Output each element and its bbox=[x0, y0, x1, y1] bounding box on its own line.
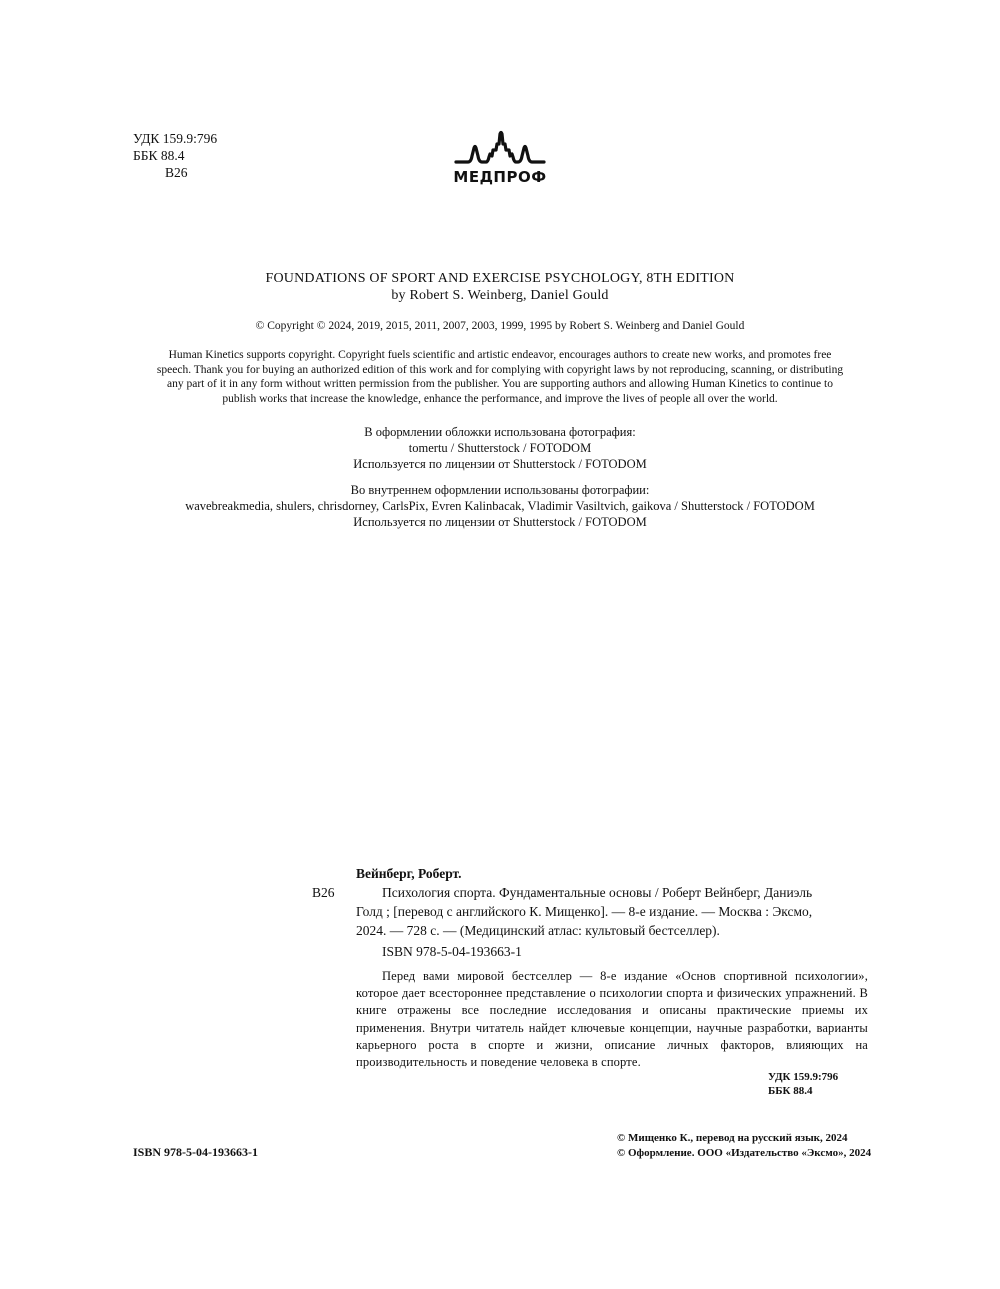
bbk-code: ББК 88.4 bbox=[133, 147, 217, 164]
author-mark: В26 bbox=[133, 164, 217, 181]
footer-isbn: ISBN 978-5-04-193663-1 bbox=[133, 1145, 258, 1160]
bib-isbn: ISBN 978-5-04-193663-1 bbox=[382, 944, 522, 960]
cover-photo-credits: В оформлении обложки использована фотогр… bbox=[0, 424, 1000, 472]
original-title: FOUNDATIONS OF SPORT AND EXERCISE PSYCHO… bbox=[0, 270, 1000, 287]
inner-photo-sources: wavebreakmedia, shulers, chrisdorney, Ca… bbox=[0, 498, 1000, 514]
inner-photo-credits: Во внутреннем оформлении использованы фо… bbox=[0, 482, 1000, 530]
copyright-notice: Human Kinetics supports copyright. Copyr… bbox=[0, 348, 1000, 406]
bib-author: Вейнберг, Роберт. bbox=[312, 864, 868, 883]
design-copyright: © Оформление. ООО «Издательство «Эксмо»,… bbox=[617, 1146, 871, 1161]
translation-copyright: © Мищенко К., перевод на русский язык, 2… bbox=[617, 1131, 871, 1146]
original-title-block: FOUNDATIONS OF SPORT AND EXERCISE PSYCHO… bbox=[0, 270, 1000, 304]
top-classification-codes: УДК 159.9:796 ББК 88.4 В26 bbox=[133, 130, 217, 181]
original-authors: by Robert S. Weinberg, Daniel Gould bbox=[0, 287, 1000, 304]
footer-copyrights: © Мищенко К., перевод на русский язык, 2… bbox=[617, 1131, 871, 1161]
logo-text: МЕДПРОФ bbox=[452, 168, 548, 186]
inner-photo-heading: Во внутреннем оформлении использованы фо… bbox=[0, 482, 1000, 498]
skyline-icon bbox=[452, 130, 548, 166]
notice-line: Human Kinetics supports copyright. Copyr… bbox=[0, 348, 1000, 363]
bib-line-2: Голд ; [перевод с английского К. Мищенко… bbox=[312, 902, 868, 921]
original-copyright: © Copyright © 2024, 2019, 2015, 2011, 20… bbox=[0, 320, 1000, 332]
bib-line-3: 2024. — 728 с. — (Медицинский атлас: кул… bbox=[312, 921, 868, 940]
bottom-classification-codes: УДК 159.9:796 ББК 88.4 bbox=[768, 1070, 838, 1098]
notice-line: publish works that increase the knowledg… bbox=[0, 392, 1000, 407]
bibliographic-record: Вейнберг, Роберт. В26 Психология спорта.… bbox=[312, 864, 868, 940]
bbk-code: ББК 88.4 bbox=[768, 1084, 838, 1098]
notice-line: any part of it in any form without writt… bbox=[0, 377, 1000, 392]
cover-photo-license: Используется по лицензии от Shutterstock… bbox=[0, 456, 1000, 472]
bib-code: В26 bbox=[312, 883, 356, 902]
bib-line-1: Психология спорта. Фундаментальные основ… bbox=[356, 883, 812, 902]
cover-photo-heading: В оформлении обложки использована фотогр… bbox=[0, 424, 1000, 440]
udk-code: УДК 159.9:796 bbox=[133, 130, 217, 147]
publisher-logo: МЕДПРОФ bbox=[452, 130, 548, 186]
notice-line: speech. Thank you for buying an authoriz… bbox=[0, 363, 1000, 378]
annotation: Перед вами мировой бестселлер — 8-е изда… bbox=[356, 968, 868, 1071]
cover-photo-source: tomertu / Shutterstock / FOTODOM bbox=[0, 440, 1000, 456]
udk-code: УДК 159.9:796 bbox=[768, 1070, 838, 1084]
inner-photo-license: Используется по лицензии от Shutterstock… bbox=[0, 514, 1000, 530]
